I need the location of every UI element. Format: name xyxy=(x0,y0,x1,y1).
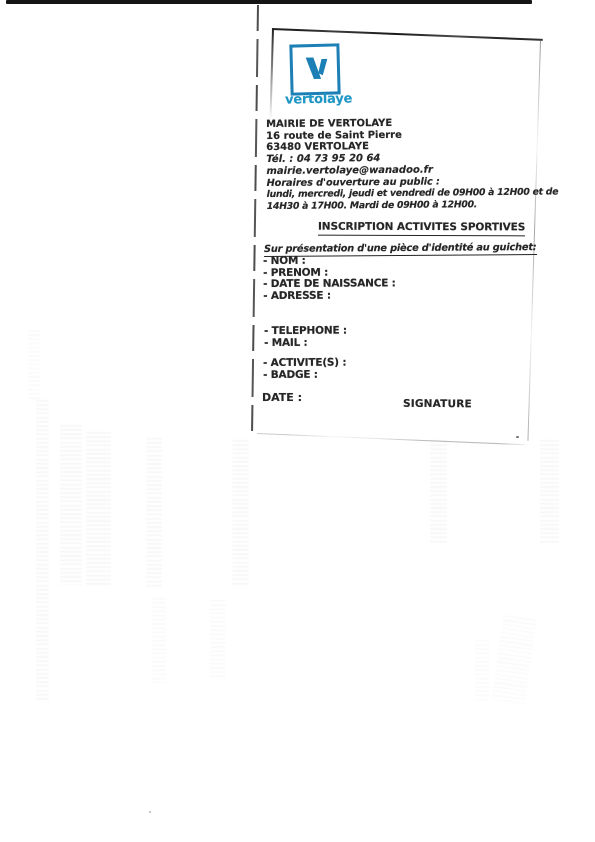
field-label-badge: - BADGE : xyxy=(263,369,346,381)
bleed-through-artifact xyxy=(232,440,249,585)
bleed-through-artifact xyxy=(152,598,166,683)
letterhead-block: MAIRIE DE VERTOLAYE 16 route de Saint Pi… xyxy=(266,116,558,212)
paper-edge-right xyxy=(527,41,541,441)
field-label-activites: - ACTIVITE(S) : xyxy=(263,358,346,370)
date-label: DATE : xyxy=(262,391,302,404)
field-label-nom: - NOM : xyxy=(263,255,396,267)
paper-edge-left-corner xyxy=(269,29,273,121)
field-label-mail: - MAIL : xyxy=(264,337,347,349)
hours-line-2: 14H30 à 17H00. Mardi de 09H00 à 12H00. xyxy=(267,198,559,212)
scanned-document-page: vertolaye MAIRIE DE VERTOLAYE 16 route d… xyxy=(0,0,595,842)
field-label-telephone: - TELEPHONE : xyxy=(264,326,347,338)
bleed-through-artifact xyxy=(86,432,111,587)
signature-label: SIGNATURE xyxy=(403,398,472,410)
bleed-through-artifact xyxy=(430,440,447,545)
field-label-adresse: - ADRESSE : xyxy=(263,290,396,302)
vertolaye-logo xyxy=(289,43,340,95)
paper-edge-top xyxy=(272,28,543,40)
bleed-through-artifact xyxy=(60,425,82,585)
bleed-through-artifact xyxy=(36,400,49,700)
scan-speck xyxy=(516,436,519,438)
bleed-through-artifact xyxy=(146,438,162,588)
bleed-through-artifact xyxy=(540,440,559,543)
scan-speck xyxy=(149,811,151,813)
identity-fields-group: - NOM : - PRENOM : - DATE DE NAISSANCE :… xyxy=(263,255,396,302)
bleed-through-artifact xyxy=(475,640,489,700)
bleed-through-artifact xyxy=(210,600,226,680)
bleed-through-artifact xyxy=(491,615,536,704)
form-title: INSCRIPTION ACTIVITES SPORTIVES xyxy=(318,221,525,236)
scanner-edge-top-line xyxy=(6,0,532,4)
bleed-through-artifact xyxy=(28,330,40,402)
activity-fields-group: - ACTIVITE(S) : - BADGE : xyxy=(263,358,346,381)
paper-edge-bottom xyxy=(257,433,525,445)
contact-fields-group: - TELEPHONE : - MAIL : xyxy=(264,326,347,349)
logo-wordmark: vertolaye xyxy=(285,91,352,107)
scanner-edge-left-line xyxy=(251,5,259,437)
v-letter-icon xyxy=(297,51,334,88)
